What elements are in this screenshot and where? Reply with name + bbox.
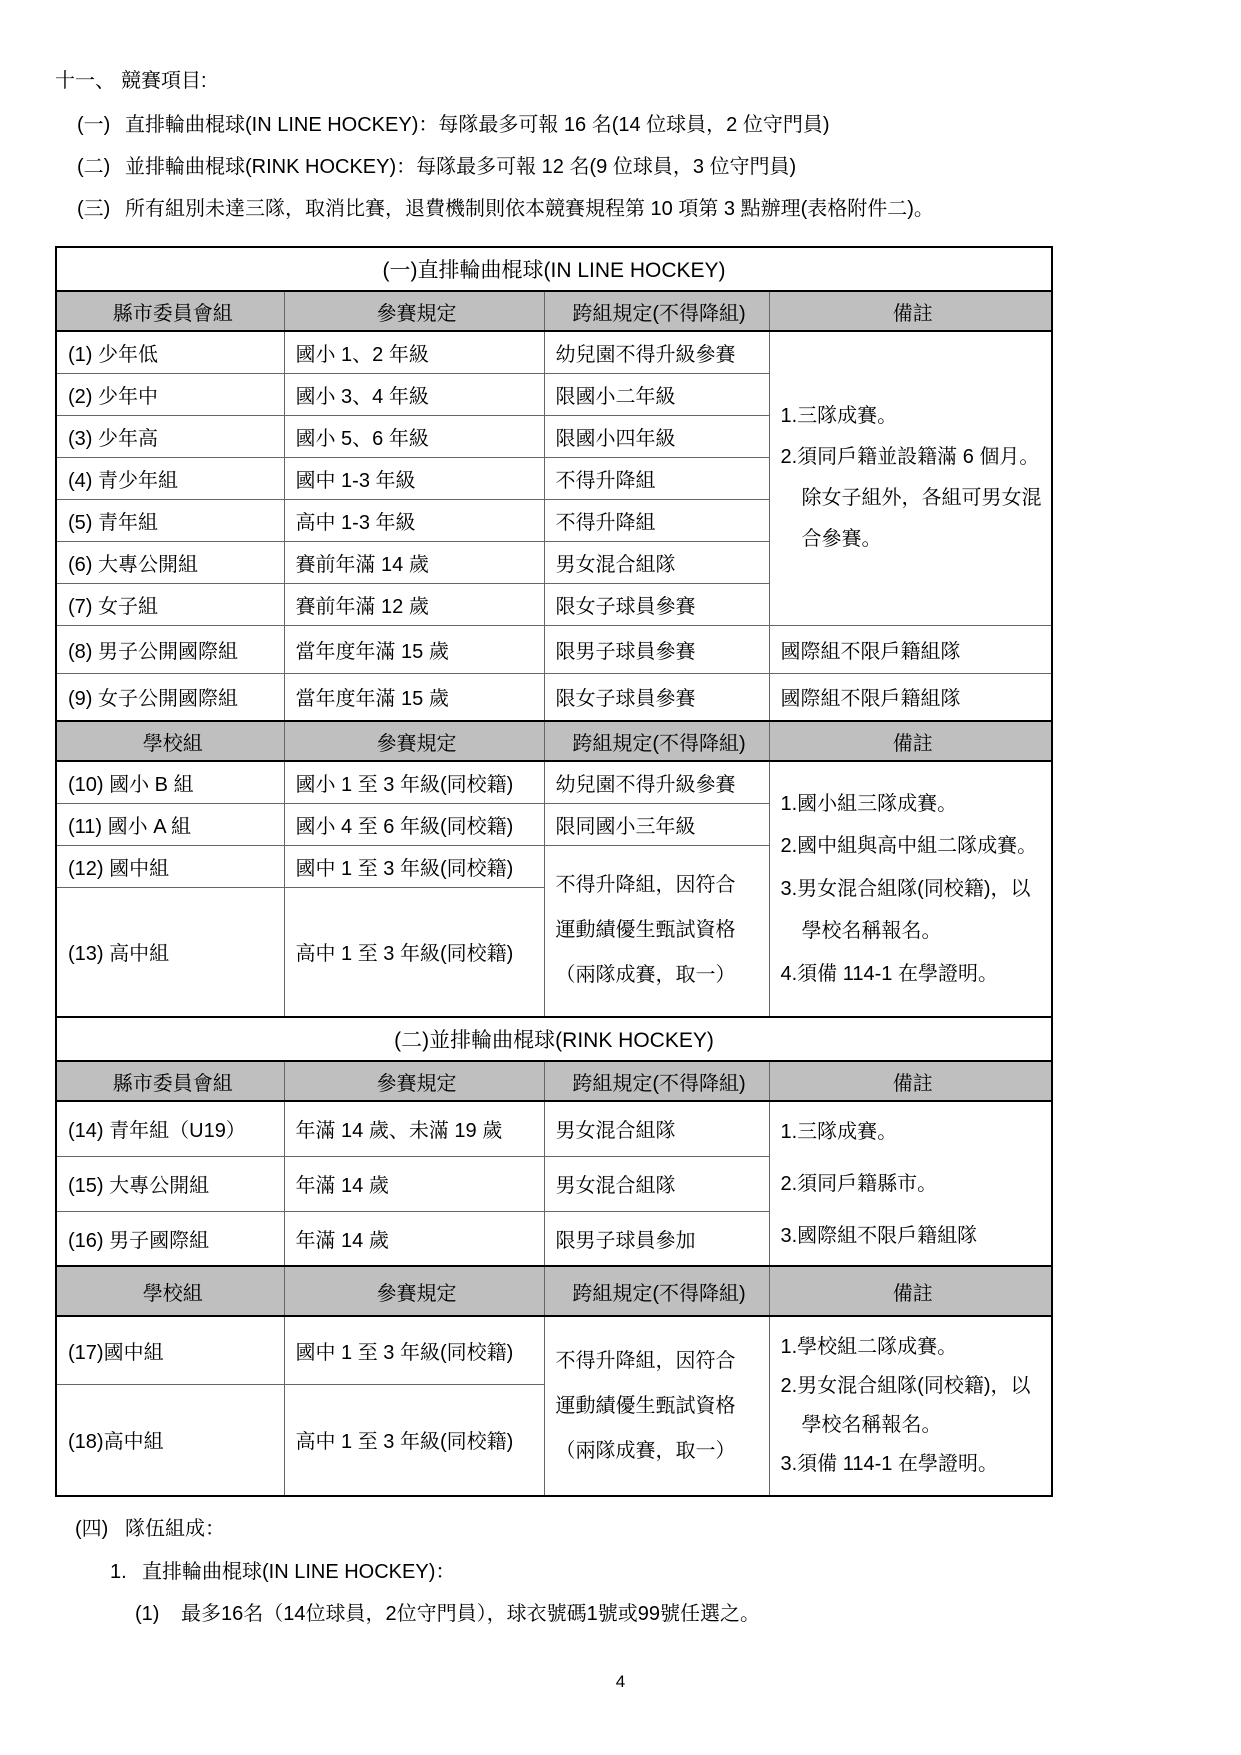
cross-rule-cell: 限男子球員參加 <box>544 1211 769 1266</box>
table-row-10: (10) 國小 B 組 國小 1 至 3 年級(同校籍) 幼兒園不得升級參賽 1… <box>56 761 1052 803</box>
cross-rule-cell: 限女子球員參賽 <box>544 583 769 625</box>
roster-rule-marker: (1) <box>135 1598 181 1630</box>
group-cell: (13) 高中組 <box>56 887 284 1017</box>
inline-school-header-row: 學校組 參賽規定 跨組規定(不得降組) 備註 <box>56 721 1052 761</box>
remark-line: 1.三隊成賽。 <box>781 1106 1046 1158</box>
inline-hockey-title-row: (一)直排輪曲棍球(IN LINE HOCKEY) <box>56 247 1052 291</box>
group-cell: (6) 大專公開組 <box>56 541 284 583</box>
remark-line: 2.男女混合組隊(同校籍)，以學校名稱報名。 <box>781 1367 1046 1445</box>
rink-school-header-row: 學校組 參賽規定 跨組規定(不得降組) 備註 <box>56 1266 1052 1316</box>
rule-cell: 賽前年滿 12 歲 <box>284 583 544 625</box>
rink-school-remarks: 1.學校組二隊成賽。 2.男女混合組隊(同校籍)，以學校名稱報名。 3.須備 1… <box>769 1316 1052 1496</box>
cross-rule-cell: 男女混合組隊 <box>544 541 769 583</box>
cross-rule-merged-cell: 不得升降組，因符合 運動績優生甄試資格 （兩隊成賽，取一） <box>544 1316 769 1496</box>
column-header-group: 縣市委員會組 <box>56 1061 284 1101</box>
table-row-14: (14) 青年組（U19） 年滿 14 歲、未滿 19 歲 男女混合組隊 1.三… <box>56 1101 1052 1156</box>
rule-cell: 國小 3、4 年級 <box>284 373 544 415</box>
remark-line: 1.學校組二隊成賽。 <box>781 1328 1046 1367</box>
rink-county-header-row: 縣市委員會組 參賽規定 跨組規定(不得降組) 備註 <box>56 1061 1052 1101</box>
rule-cell: 年滿 14 歲 <box>284 1211 544 1266</box>
rule-cell: 國小 5、6 年級 <box>284 415 544 457</box>
intro-item-1-text: 直排輪曲棍球(IN LINE HOCKEY)：每隊最多可報 16 名(14 位球… <box>125 104 1055 146</box>
remark-line: 3.男女混合組隊(同校籍)，以學校名稱報名。 <box>781 868 1046 953</box>
group-cell: (15) 大專公開組 <box>56 1156 284 1211</box>
team-composition-title: 隊伍組成： <box>125 1513 225 1545</box>
group-cell: (16) 男子國際組 <box>56 1211 284 1266</box>
rink-hockey-title: (二)並排輪曲棍球(RINK HOCKEY) <box>56 1017 1052 1061</box>
group-cell: (12) 國中組 <box>56 845 284 887</box>
rule-cell: 高中 1-3 年級 <box>284 499 544 541</box>
group-cell: (1) 少年低 <box>56 331 284 373</box>
column-header-cross: 跨組規定(不得降組) <box>544 721 769 761</box>
column-header-cross: 跨組規定(不得降組) <box>544 1061 769 1101</box>
cross-rule-cell: 限女子球員參賽 <box>544 673 769 721</box>
table-row-9: (9) 女子公開國際組 當年度年滿 15 歲 限女子球員參賽 國際組不限戶籍組隊 <box>56 673 1052 721</box>
inline-hockey-sub-title: 直排輪曲棍球(IN LINE HOCKEY)： <box>142 1556 455 1588</box>
table-row-8: (8) 男子公開國際組 當年度年滿 15 歲 限男子球員參賽 國際組不限戶籍組隊 <box>56 625 1052 673</box>
rule-cell: 高中 1 至 3 年級(同校籍) <box>284 887 544 1017</box>
rule-cell: 高中 1 至 3 年級(同校籍) <box>284 1384 544 1496</box>
cross-rule-cell: 限男子球員參賽 <box>544 625 769 673</box>
group-cell: (18)高中組 <box>56 1384 284 1496</box>
rule-cell: 當年度年滿 15 歲 <box>284 673 544 721</box>
roster-rule-item: (1) 最多16名（14位球員，2位守門員），球衣號碼1號或99號任選之。 <box>135 1598 1055 1630</box>
remark-line: 3.須備 114-1 在學證明。 <box>781 1445 1046 1484</box>
group-cell: (9) 女子公開國際組 <box>56 673 284 721</box>
intro-item-3: (三) 所有組別未達三隊，取消比賽，退費機制則依本競賽規程第 10 項第 3 點… <box>77 188 1055 230</box>
remark-line: 2.須同戶籍並設籍滿 6 個月。除女子組外，各組可男女混合參賽。 <box>781 437 1046 560</box>
cross-rule-merged-cell: 不得升降組，因符合 運動績優生甄試資格 （兩隊成賽，取一） <box>544 845 769 1017</box>
column-header-group: 縣市委員會組 <box>56 291 284 331</box>
group-cell: (7) 女子組 <box>56 583 284 625</box>
intro-item-2: (二) 並排輪曲棍球(RINK HOCKEY)：每隊最多可報 12 名(9 位球… <box>77 146 1055 188</box>
remark-cell: 國際組不限戶籍組隊 <box>769 673 1052 721</box>
inline-hockey-title: (一)直排輪曲棍球(IN LINE HOCKEY) <box>56 247 1052 291</box>
group-cell: (11) 國小 A 組 <box>56 803 284 845</box>
rule-cell: 年滿 14 歲、未滿 19 歲 <box>284 1101 544 1156</box>
rule-cell: 國小 1、2 年級 <box>284 331 544 373</box>
cross-rule-cell: 限同國小三年級 <box>544 803 769 845</box>
group-cell: (10) 國小 B 組 <box>56 761 284 803</box>
cross-rule-cell: 男女混合組隊 <box>544 1156 769 1211</box>
inline-county-remarks: 1.三隊成賽。 2.須同戶籍並設籍滿 6 個月。除女子組外，各組可男女混合參賽。 <box>769 331 1052 625</box>
team-composition-heading: (四) 隊伍組成： <box>75 1513 1055 1545</box>
rule-cell: 賽前年滿 14 歲 <box>284 541 544 583</box>
page-number: 4 <box>0 1672 1241 1692</box>
cross-rule-cell: 幼兒園不得升級參賽 <box>544 761 769 803</box>
column-header-rule: 參賽規定 <box>284 291 544 331</box>
remark-line: 2.國中組與高中組二隊成賽。 <box>781 825 1046 867</box>
rule-cell: 國中 1 至 3 年級(同校籍) <box>284 1316 544 1384</box>
column-header-remark: 備註 <box>769 721 1052 761</box>
document-content: 十一、 競賽項目: (一) 直排輪曲棍球(IN LINE HOCKEY)：每隊最… <box>0 0 1055 1630</box>
intro-item-2-text: 並排輪曲棍球(RINK HOCKEY)：每隊最多可報 12 名(9 位球員，3 … <box>125 146 1055 188</box>
inline-hockey-sub-marker: 1. <box>110 1556 142 1588</box>
group-cell: (8) 男子公開國際組 <box>56 625 284 673</box>
column-header-school: 學校組 <box>56 1266 284 1316</box>
column-header-remark: 備註 <box>769 1266 1052 1316</box>
document-page: 十一、 競賽項目: (一) 直排輪曲棍球(IN LINE HOCKEY)：每隊最… <box>0 0 1241 1755</box>
team-composition-section: (四) 隊伍組成： 1. 直排輪曲棍球(IN LINE HOCKEY)： (1)… <box>55 1513 1055 1630</box>
intro-list: (一) 直排輪曲棍球(IN LINE HOCKEY)：每隊最多可報 16 名(1… <box>55 104 1055 230</box>
rule-cell: 當年度年滿 15 歲 <box>284 625 544 673</box>
cross-rule-cell: 限國小二年級 <box>544 373 769 415</box>
section-number: 十一、 <box>55 66 121 96</box>
rule-cell: 國小 4 至 6 年級(同校籍) <box>284 803 544 845</box>
table-row-1: (1) 少年低 國小 1、2 年級 幼兒園不得升級參賽 1.三隊成賽。 2.須同… <box>56 331 1052 373</box>
inline-hockey-subheading: 1. 直排輪曲棍球(IN LINE HOCKEY)： <box>110 1556 1055 1588</box>
group-cell: (4) 青少年組 <box>56 457 284 499</box>
remark-cell: 國際組不限戶籍組隊 <box>769 625 1052 673</box>
remark-line: 1.國小組三隊成賽。 <box>781 783 1046 825</box>
section-title: 競賽項目: <box>121 66 207 96</box>
intro-item-3-text: 所有組別未達三隊，取消比賽，退費機制則依本競賽規程第 10 項第 3 點辦理(表… <box>125 188 1055 230</box>
inline-county-header-row: 縣市委員會組 參賽規定 跨組規定(不得降組) 備註 <box>56 291 1052 331</box>
inline-school-remarks: 1.國小組三隊成賽。 2.國中組與高中組二隊成賽。 3.男女混合組隊(同校籍)，… <box>769 761 1052 1017</box>
table-row-17: (17)國中組 國中 1 至 3 年級(同校籍) 不得升降組，因符合 運動績優生… <box>56 1316 1052 1384</box>
intro-item-3-marker: (三) <box>77 188 125 230</box>
remark-line: 1.三隊成賽。 <box>781 396 1046 437</box>
column-header-rule: 參賽規定 <box>284 1266 544 1316</box>
intro-item-1-marker: (一) <box>77 104 125 146</box>
rule-cell: 年滿 14 歲 <box>284 1156 544 1211</box>
rink-hockey-title-row: (二)並排輪曲棍球(RINK HOCKEY) <box>56 1017 1052 1061</box>
column-header-remark: 備註 <box>769 291 1052 331</box>
rink-county-remarks: 1.三隊成賽。 2.須同戶籍縣市。 3.國際組不限戶籍組隊 <box>769 1101 1052 1266</box>
intro-item-1: (一) 直排輪曲棍球(IN LINE HOCKEY)：每隊最多可報 16 名(1… <box>77 104 1055 146</box>
column-header-school: 學校組 <box>56 721 284 761</box>
group-cell: (17)國中組 <box>56 1316 284 1384</box>
group-cell: (3) 少年高 <box>56 415 284 457</box>
group-cell: (2) 少年中 <box>56 373 284 415</box>
competition-table: (一)直排輪曲棍球(IN LINE HOCKEY) 縣市委員會組 參賽規定 跨組… <box>55 246 1053 1497</box>
cross-rule-cell: 幼兒園不得升級參賽 <box>544 331 769 373</box>
group-cell: (14) 青年組（U19） <box>56 1101 284 1156</box>
cross-rule-cell: 不得升降組 <box>544 457 769 499</box>
remark-line: 3.國際組不限戶籍組隊 <box>781 1210 1046 1262</box>
rule-cell: 國小 1 至 3 年級(同校籍) <box>284 761 544 803</box>
group-cell: (5) 青年組 <box>56 499 284 541</box>
rule-cell: 國中 1-3 年級 <box>284 457 544 499</box>
cross-rule-cell: 限國小四年級 <box>544 415 769 457</box>
column-header-remark: 備註 <box>769 1061 1052 1101</box>
remark-line: 4.須備 114-1 在學證明。 <box>781 953 1046 995</box>
intro-item-2-marker: (二) <box>77 146 125 188</box>
cross-rule-cell: 不得升降組 <box>544 499 769 541</box>
column-header-rule: 參賽規定 <box>284 1061 544 1101</box>
remark-line: 2.須同戶籍縣市。 <box>781 1158 1046 1210</box>
team-composition-marker: (四) <box>75 1513 125 1545</box>
column-header-cross: 跨組規定(不得降組) <box>544 1266 769 1316</box>
column-header-cross: 跨組規定(不得降組) <box>544 291 769 331</box>
cross-rule-cell: 男女混合組隊 <box>544 1101 769 1156</box>
section-heading: 十一、 競賽項目: <box>55 66 1055 96</box>
column-header-rule: 參賽規定 <box>284 721 544 761</box>
roster-rule-text: 最多16名（14位球員，2位守門員），球衣號碼1號或99號任選之。 <box>181 1598 760 1630</box>
rule-cell: 國中 1 至 3 年級(同校籍) <box>284 845 544 887</box>
